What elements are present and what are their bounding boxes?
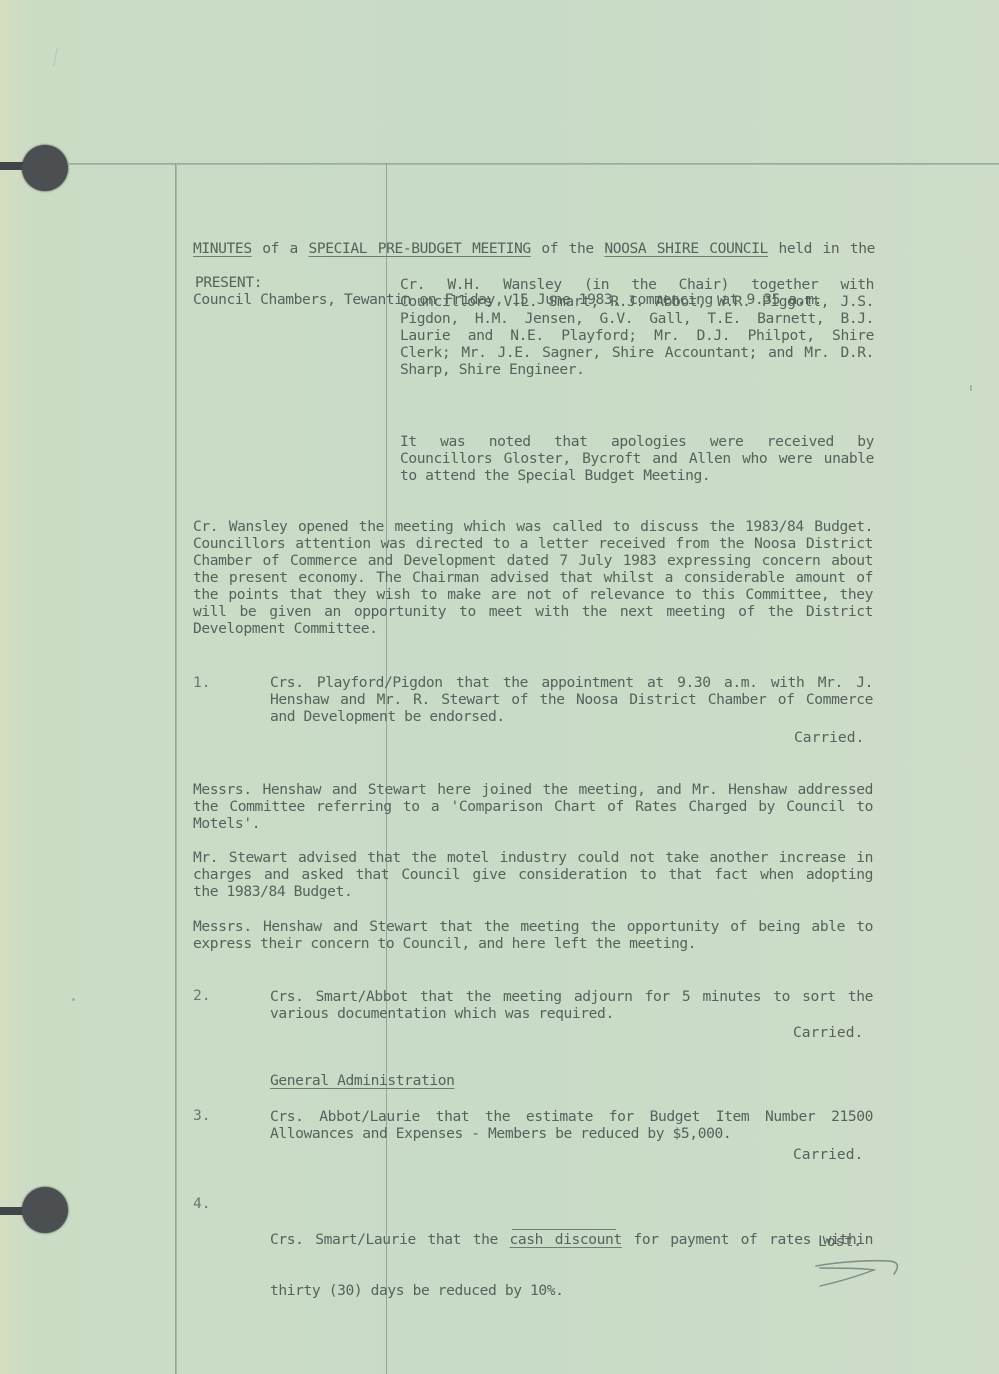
present-label: PRESENT: bbox=[195, 274, 262, 291]
text-line: charges and asked that Council give cons… bbox=[193, 866, 873, 883]
text-line: Crs. Abbot/Laurie that the estimate for … bbox=[270, 1108, 873, 1125]
text-line: express their concern to Council, and he… bbox=[193, 935, 873, 952]
opening-paragraph: Cr. Wansley opened the meeting which was… bbox=[193, 518, 873, 637]
text-line: Laurie and N.E. Playford; Mr. D.J. Philp… bbox=[400, 327, 874, 344]
item-2-number: 2. bbox=[193, 987, 211, 1004]
text-line: Henshaw and Mr. R. Stewart of the Noosa … bbox=[270, 691, 873, 708]
text-line: the 1983/84 Budget. bbox=[193, 883, 873, 900]
text-line: Crs. Playford/Pigdon that the appointmen… bbox=[270, 674, 873, 691]
stewart-paragraph: Mr. Stewart advised that the motel indus… bbox=[193, 849, 873, 900]
joined-paragraph: Messrs. Henshaw and Stewart here joined … bbox=[193, 781, 873, 832]
underlined-text: SPECIAL PRE-BUDGET MEETING bbox=[308, 240, 530, 257]
item-4-line-2: thirty (30) days be reduced by 10%. bbox=[270, 1282, 873, 1299]
text-line: It was noted that apologies were receive… bbox=[400, 433, 874, 450]
paper-speck bbox=[970, 385, 972, 391]
underlined-text: cash discount bbox=[510, 1231, 622, 1248]
section-heading-general-administration: General Administration bbox=[270, 1072, 455, 1089]
paper-mark bbox=[53, 48, 58, 66]
left-meeting-paragraph: Messrs. Henshaw and Stewart that the mee… bbox=[193, 918, 873, 952]
text-line: Cr. W.H. Wansley (in the Chair) together… bbox=[400, 276, 874, 293]
text-line: Chamber of Commerce and Development date… bbox=[193, 552, 873, 569]
text-segment: held in the bbox=[768, 240, 875, 257]
item-3-number: 3. bbox=[193, 1107, 211, 1124]
underlined-text: MINUTES bbox=[193, 240, 252, 257]
underlined-text: NOOSA SHIRE COUNCIL bbox=[604, 240, 768, 257]
binder-hole-bottom bbox=[22, 1187, 68, 1233]
item-2-motion: Crs. Smart/Abbot that the meeting adjour… bbox=[270, 988, 873, 1022]
item-4-line-2-text: thirty (30) days be reduced by 10%. bbox=[270, 1282, 564, 1299]
item-3-motion: Crs. Abbot/Laurie that the estimate for … bbox=[270, 1108, 873, 1142]
text-line: will be given an opportunity to meet wit… bbox=[193, 603, 873, 620]
heading-line-1: MINUTES of a SPECIAL PRE-BUDGET MEETING … bbox=[193, 240, 875, 257]
handwritten-initials-mark bbox=[808, 1252, 908, 1297]
item-4-number: 4. bbox=[193, 1195, 211, 1212]
item-1-motion: Crs. Playford/Pigdon that the appointmen… bbox=[270, 674, 873, 725]
text-line: Crs. Smart/Abbot that the meeting adjour… bbox=[270, 988, 873, 1005]
text-line: to attend the Special Budget Meeting. bbox=[400, 467, 874, 484]
text-line: Councillors V.L. Smart, R.J. Abbot, W.R.… bbox=[400, 293, 874, 310]
text-line: Allowances and Expenses - Members be red… bbox=[270, 1125, 873, 1142]
text-line: Councillors attention was directed to a … bbox=[193, 535, 873, 552]
text-segment: Crs. Smart/Laurie that the bbox=[270, 1231, 510, 1248]
text-line: the Committee referring to a 'Comparison… bbox=[193, 798, 873, 815]
text-line: Mr. Stewart advised that the motel indus… bbox=[193, 849, 873, 866]
text-line: Cr. Wansley opened the meeting which was… bbox=[193, 518, 873, 535]
text-line: Motels'. bbox=[193, 815, 873, 832]
text-line: the points that they wish to make are no… bbox=[193, 586, 873, 603]
item-3-result: Carried. bbox=[793, 1146, 863, 1163]
text-segment: of a bbox=[252, 240, 309, 257]
column-rule bbox=[386, 163, 387, 1374]
item-2-result: Carried. bbox=[793, 1024, 863, 1041]
text-line: Councillors Gloster, Bycroft and Allen w… bbox=[400, 450, 874, 467]
item-1-number: 1. bbox=[193, 674, 211, 691]
paper-speck bbox=[72, 998, 75, 1001]
item-1-result: Carried. bbox=[794, 729, 864, 746]
text-line: Sharp, Shire Engineer. bbox=[400, 361, 874, 378]
text-line: the present economy. The Chairman advise… bbox=[193, 569, 873, 586]
text-line: Messrs. Henshaw and Stewart here joined … bbox=[193, 781, 873, 798]
text-line: Messrs. Henshaw and Stewart that the mee… bbox=[193, 918, 873, 935]
left-margin-rule bbox=[175, 163, 177, 1374]
top-margin-rule bbox=[68, 163, 999, 165]
text-line: Development Committee. bbox=[193, 620, 873, 637]
apologies-paragraph: It was noted that apologies were receive… bbox=[400, 433, 874, 484]
text-line: various documentation which was required… bbox=[270, 1005, 873, 1022]
present-list: Cr. W.H. Wansley (in the Chair) together… bbox=[400, 276, 874, 378]
text-line: Clerk; Mr. J.E. Sagner, Shire Accountant… bbox=[400, 344, 874, 361]
item-4-result: Lost. bbox=[818, 1233, 862, 1250]
text-line: Pigdon, H.M. Jensen, G.V. Gall, T.E. Bar… bbox=[400, 310, 874, 327]
binder-hole-top bbox=[22, 145, 68, 191]
text-line: and Development be endorsed. bbox=[270, 708, 873, 725]
text-segment: of the bbox=[531, 240, 605, 257]
item-4-motion: Crs. Smart/Laurie that the cash discount… bbox=[270, 1197, 873, 1316]
item-4-line-1: Crs. Smart/Laurie that the cash discount… bbox=[270, 1231, 873, 1248]
percent-underline bbox=[512, 1229, 616, 1230]
